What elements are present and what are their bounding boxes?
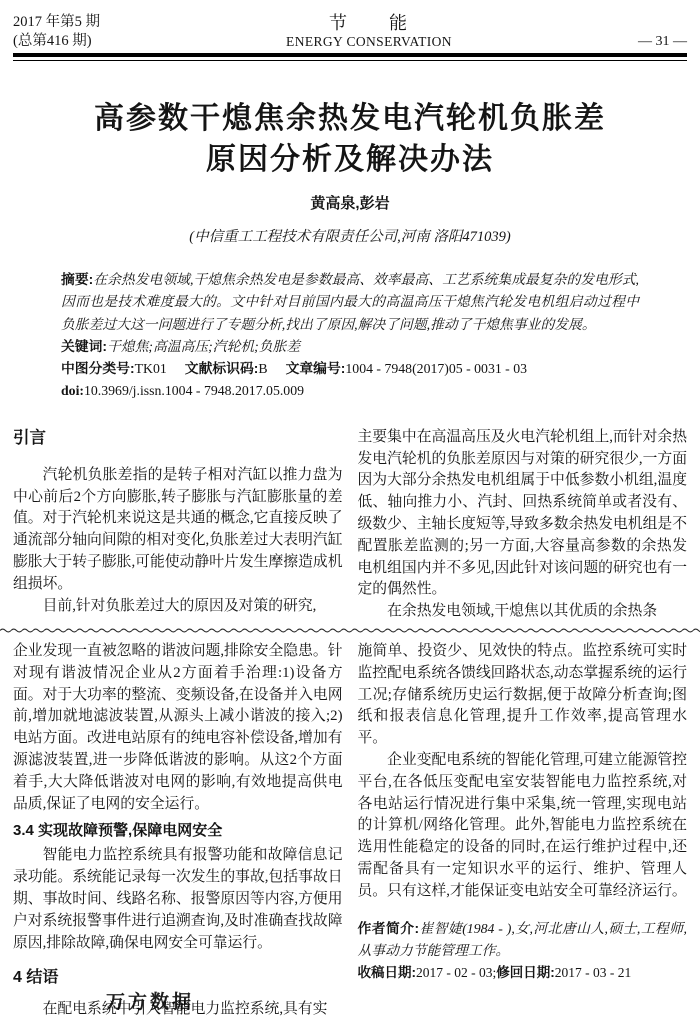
journal-title-en: ENERGY CONSERVATION (100, 33, 638, 50)
body-paragraph: 汽轮机负胀差指的是转子相对汽缸以推力盘为中心前后2个方向膨胀,转子膨胀与汽缸膨胀… (13, 465, 343, 596)
body-paragraph: 施简单、投资少、见效快的特点。监控系统可实时监控配电系统各馈线回路状态,动态掌握… (358, 641, 688, 750)
body-paragraph: 企业变配电系统的智能化管理,可建立能源管控平台,在各低压变配电室安装智能电力监控… (358, 750, 688, 903)
body-columns-top: 引言 汽轮机负胀差指的是转子相对汽缸以推力盘为中心前后2个方向膨胀,转子膨胀与汽… (13, 427, 687, 623)
section-heading-3-4: 3.4 实现故障预警,保障电网安全 (13, 820, 343, 841)
revised-value: 2017 - 03 - 21 (555, 965, 632, 980)
abstract-label: 摘要: (61, 272, 93, 287)
received-label: 收稿日期: (358, 965, 417, 980)
clc-label: 中图分类号: (61, 361, 135, 376)
section-heading-intro: 引言 (13, 427, 343, 449)
issue-info: 2017 年第5 期 (总第416 期) (13, 13, 100, 50)
article-separator (0, 627, 700, 634)
doi-label: doi: (61, 383, 84, 398)
classification-line: 中图分类号:TK01文献标识码:B文章编号:1004 - 7948(2017)0… (61, 358, 639, 380)
issue-line2: (总第416 期) (13, 32, 100, 51)
header-rule-thick (13, 53, 687, 57)
page-number: — 31 — (638, 33, 687, 50)
wanfang-watermark: 万方数据 (106, 987, 194, 1014)
dates-line: 收稿日期:2017 - 02 - 03;修回日期:2017 - 03 - 21 (358, 962, 688, 984)
body-paragraph: 企业发现一直被忽略的谐波问题,排除安全隐患。针对现有谐波情况企业从2方面着手治理… (13, 641, 343, 815)
keywords-text: 干熄焦;高温高压;汽轮机;负胀差 (107, 339, 300, 354)
page-header: 2017 年第5 期 (总第416 期) 节 能 ENERGY CONSERVA… (13, 13, 687, 50)
right-column-bottom: 施简单、投资少、见效快的特点。监控系统可实时监控配电系统各馈线回路状态,动态掌握… (358, 641, 688, 1021)
doi-line: doi:10.3969/j.issn.1004 - 7948.2017.05.0… (61, 380, 639, 402)
article-no-label: 文章编号: (286, 361, 346, 376)
revised-label: 修回日期: (496, 965, 555, 980)
keywords-line: 关键词:干熄焦;高温高压;汽轮机;负胀差 (61, 336, 639, 358)
abstract-block: 摘要:在余热发电领域,干熄焦余热发电是参数最高、效率最高、工艺系统集成最复杂的发… (61, 269, 639, 403)
article-no-value: 1004 - 7948(2017)05 - 0031 - 03 (345, 361, 527, 376)
article-authors: 黄高泉,彭岩 (13, 194, 687, 214)
left-column-bottom: 企业发现一直被忽略的谐波问题,排除安全隐患。针对现有谐波情况企业从2方面着手治理… (13, 641, 343, 1021)
clc-value: TK01 (135, 361, 167, 376)
doi-value: 10.3969/j.issn.1004 - 7948.2017.05.009 (84, 383, 304, 398)
body-paragraph: 在余热发电领域,干熄焦以其优质的余热条 (358, 601, 688, 623)
wavy-divider-graphic (0, 627, 700, 634)
keywords-label: 关键词: (61, 339, 107, 354)
body-columns-bottom: 企业发现一直被忽略的谐波问题,排除安全隐患。针对现有谐波情况企业从2方面着手治理… (13, 641, 687, 1021)
article-title: 高参数干熄焦余热发电汽轮机负胀差 原因分析及解决办法 (13, 98, 687, 180)
abstract-text: 在余热发电领域,干熄焦余热发电是参数最高、效率最高、工艺系统集成最复杂的发电形式… (61, 272, 639, 332)
body-paragraph: 智能电力监控系统具有报警功能和故障信息记录功能。系统能记录每一次发生的事故,包括… (13, 845, 343, 954)
doc-code-label: 文献标识码: (185, 361, 259, 376)
header-rule-thin (13, 60, 687, 62)
journal-page: 2017 年第5 期 (总第416 期) 节 能 ENERGY CONSERVA… (0, 0, 700, 1022)
journal-title-cn: 节 能 (100, 13, 638, 33)
left-column-top: 引言 汽轮机负胀差指的是转子相对汽缸以推力盘为中心前后2个方向膨胀,转子膨胀与汽… (13, 427, 343, 623)
article-title-line1: 高参数干熄焦余热发电汽轮机负胀差 (13, 98, 687, 139)
received-value: 2017 - 02 - 03; (416, 965, 496, 980)
issue-line1: 2017 年第5 期 (13, 13, 100, 32)
author-bio: 作者简介:崔智婕(1984 - ),女,河北唐山人,硕士,工程师,从事动力节能管… (358, 918, 688, 963)
article-affiliation: (中信重工工程技术有限责任公司,河南 洛阳471039) (13, 227, 687, 247)
section-heading-conclusion: 4 结语 (13, 967, 343, 988)
body-paragraph: 目前,针对负胀差过大的原因及对策的研究, (13, 596, 343, 618)
journal-title-block: 节 能 ENERGY CONSERVATION (100, 13, 638, 50)
abstract-paragraph: 摘要:在余热发电领域,干熄焦余热发电是参数最高、效率最高、工艺系统集成最复杂的发… (61, 269, 639, 336)
body-paragraph: 主要集中在高温高压及火电汽轮机组上,而针对余热发电汽轮机的负胀差原因与对策的研究… (358, 427, 688, 601)
article-title-line2: 原因分析及解决办法 (13, 139, 687, 180)
bio-label: 作者简介: (358, 921, 420, 936)
doc-code-value: B (258, 361, 267, 376)
right-column-top: 主要集中在高温高压及火电汽轮机组上,而针对余热发电汽轮机的负胀差原因与对策的研究… (358, 427, 688, 623)
